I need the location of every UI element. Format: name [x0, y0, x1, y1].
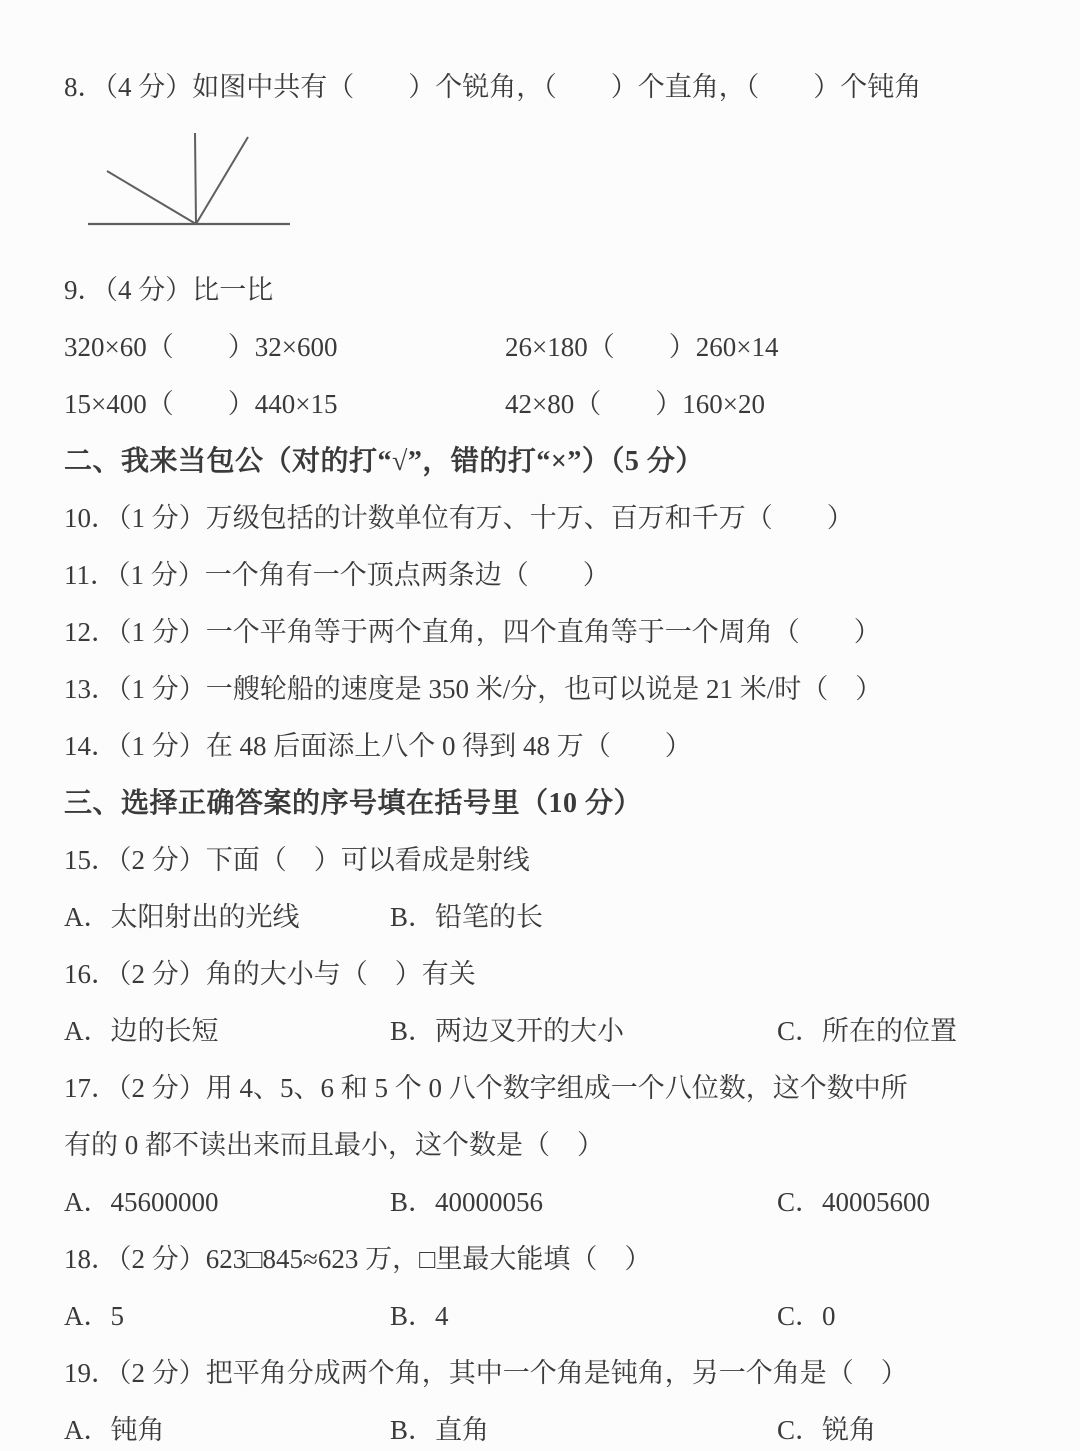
question-17-line-2: 有的 0 都不读出来而且最小，这个数是（ ）: [64, 1114, 1040, 1171]
q16-option-a: A．边的长短: [64, 1009, 390, 1048]
q16-option-b: B．两边叉开的大小: [390, 1009, 777, 1048]
question-17-line-1: 17．（2 分）用 4、5、6 和 5 个 0 八个数字组成一个八位数，这个数中…: [64, 1057, 1040, 1114]
q19-option-b: B．直角: [390, 1408, 777, 1447]
q17-option-c: C．40005600: [777, 1180, 1040, 1219]
q18-option-c: C．0: [777, 1294, 1040, 1333]
question-19: 19．（2 分）把平角分成两个角，其中一个角是钝角，另一个角是（ ）: [64, 1342, 1040, 1399]
angle-figure: [64, 113, 1040, 233]
question-11: 11．（1 分）一个角有一个顶点两条边（ ）: [64, 544, 1040, 601]
compare-2-left: 15×400（ ）440×15: [64, 382, 505, 421]
q17-option-a: A．45600000: [64, 1180, 390, 1219]
compare-1-right: 26×180（ ）260×14: [505, 325, 778, 364]
compare-1-left: 320×60（ ）32×600: [64, 325, 505, 364]
question-18-options: A．5 B．4 C．0: [64, 1285, 1040, 1342]
question-9: 9．（4 分）比一比: [64, 259, 1040, 316]
section-2-title: 二、我来当包公（对的打“√”，错的打“×”）（5 分）: [64, 430, 1040, 487]
q15-option-a: A．太阳射出的光线: [64, 895, 390, 934]
question-13: 13．（1 分）一艘轮船的速度是 350 米/分，也可以说是 21 米/时（ ）: [64, 658, 1040, 715]
question-19-options: A．钝角 B．直角 C．锐角: [64, 1399, 1040, 1451]
question-16: 16．（2 分）角的大小与（ ）有关: [64, 943, 1040, 1000]
angle-diagram: [88, 131, 298, 231]
q18-option-a: A．5: [64, 1294, 390, 1333]
section-3-title: 三、选择正确答案的序号填在括号里（10 分）: [64, 772, 1040, 829]
angle-upper-right-ray: [196, 137, 248, 224]
compare-row-1: 320×60（ ）32×600 26×180（ ）260×14: [64, 316, 1040, 373]
angle-vertical-ray: [195, 133, 196, 224]
question-8: 8．（4 分）如图中共有（ ）个锐角，（ ）个直角，（ ）个钝角: [64, 56, 1040, 113]
exam-page: 8．（4 分）如图中共有（ ）个锐角，（ ）个直角，（ ）个钝角 9．（4 分）…: [0, 0, 1080, 1451]
question-10: 10．（1 分）万级包括的计数单位有万、十万、百万和千万（ ）: [64, 487, 1040, 544]
question-15-options: A．太阳射出的光线 B．铅笔的长: [64, 886, 1040, 943]
question-18: 18．（2 分）623□845≈623 万，□里最大能填（ ）: [64, 1228, 1040, 1285]
question-15: 15．（2 分）下面（ ）可以看成是射线: [64, 829, 1040, 886]
q15-option-b: B．铅笔的长: [390, 895, 777, 934]
angle-upper-left-ray: [107, 171, 196, 224]
q19-option-c: C．锐角: [777, 1408, 1040, 1447]
question-12: 12．（1 分）一个平角等于两个直角，四个直角等于一个周角（ ）: [64, 601, 1040, 658]
q17-option-b: B．40000056: [390, 1180, 777, 1219]
question-16-options: A．边的长短 B．两边叉开的大小 C．所在的位置: [64, 1000, 1040, 1057]
question-17-options: A．45600000 B．40000056 C．40005600: [64, 1171, 1040, 1228]
q16-option-c: C．所在的位置: [777, 1009, 1040, 1048]
q19-option-a: A．钝角: [64, 1408, 390, 1447]
compare-row-2: 15×400（ ）440×15 42×80（ ）160×20: [64, 373, 1040, 430]
q18-option-b: B．4: [390, 1294, 777, 1333]
compare-2-right: 42×80（ ）160×20: [505, 382, 765, 421]
question-14: 14．（1 分）在 48 后面添上八个 0 得到 48 万（ ）: [64, 715, 1040, 772]
